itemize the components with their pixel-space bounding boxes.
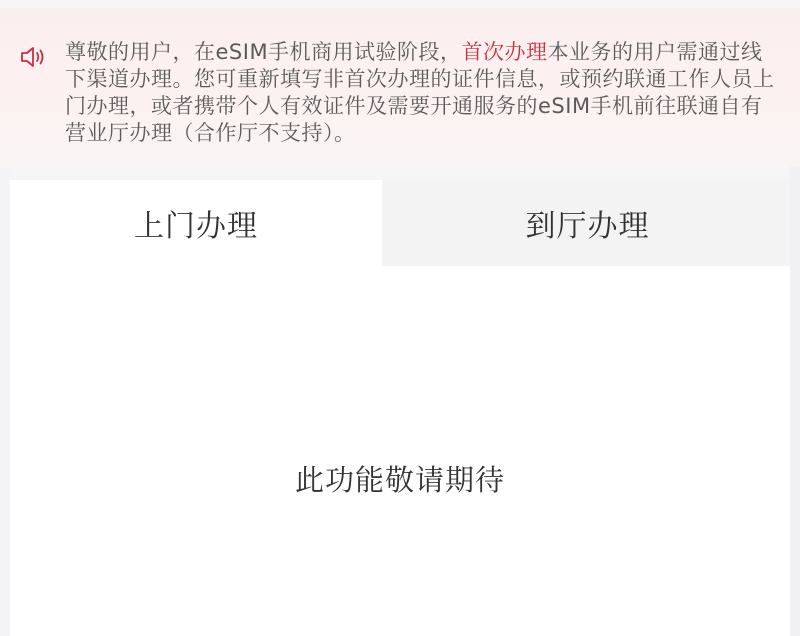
coming-soon-message: 此功能敬请期待 [10,458,790,499]
notice-text-before: 尊敬的用户，在eSIM手机商用试验阶段， [65,40,462,64]
notice-banner: 尊敬的用户，在eSIM手机商用试验阶段，首次办理本业务的用户需通过线下渠道办理。… [0,8,800,166]
service-card: 到厅办理 上门办理 此功能敬请期待 [10,180,790,636]
left-edge [0,166,10,636]
tab-bar: 到厅办理 上门办理 [10,180,790,266]
tab-store-service-label: 到厅办理 [526,201,650,245]
notice-highlight: 首次办理 [462,40,548,64]
tab-home-service-label: 上门办理 [134,201,258,245]
tab-home-service[interactable]: 上门办理 [10,180,382,266]
right-edge [790,166,800,636]
speaker-icon [20,46,48,68]
esim-service-page: 尊敬的用户，在eSIM手机商用试验阶段，首次办理本业务的用户需通过线下渠道办理。… [0,0,800,636]
tab-store-service[interactable]: 到厅办理 [355,180,790,266]
notice-text: 尊敬的用户，在eSIM手机商用试验阶段，首次办理本业务的用户需通过线下渠道办理。… [65,39,780,147]
